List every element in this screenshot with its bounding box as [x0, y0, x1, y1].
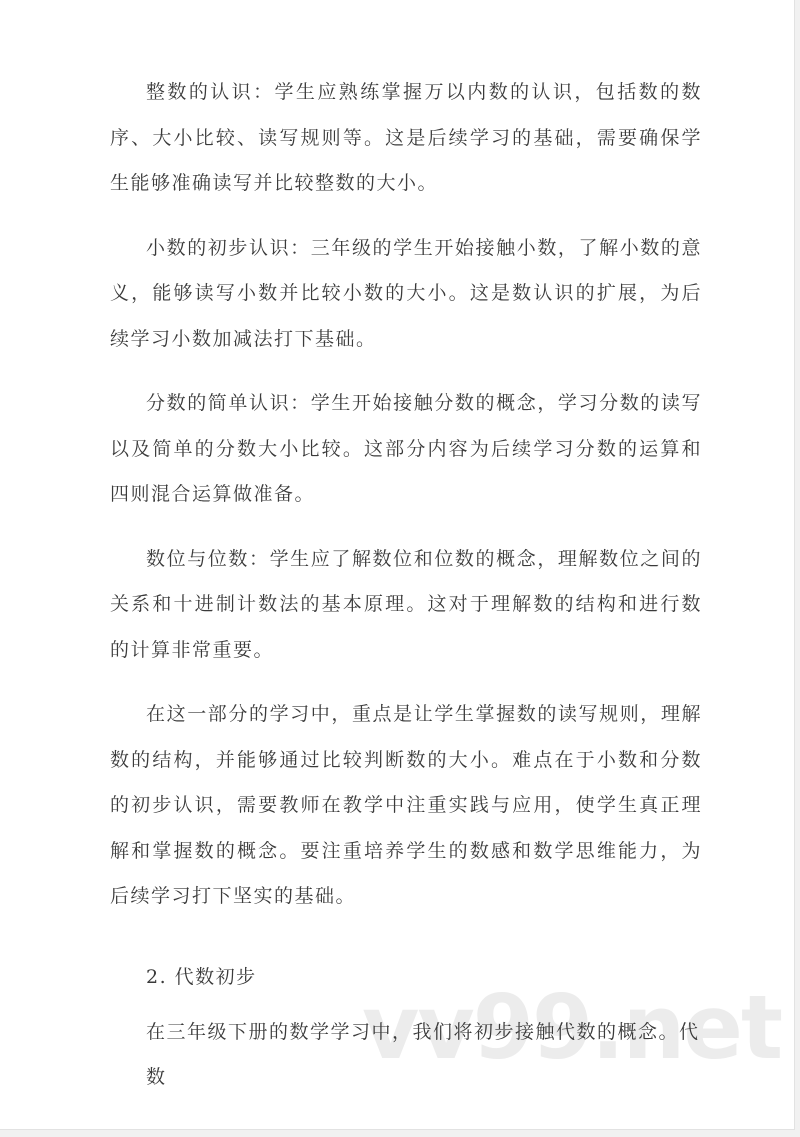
paragraph-summary: 在这一部分的学习中，重点是让学生掌握数的读写规则，理解数的结构，并能够通过比较判… — [110, 692, 702, 920]
document-body: 整数的认识：学生应熟练掌握万以内数的认识，包括数的数序、大小比较、读写规则等。这… — [110, 70, 702, 1100]
paragraph-place-value: 数位与位数：学生应了解数位和位数的概念，理解数位之间的关系和十进制计数法的基本原… — [110, 537, 702, 674]
document-page: vv99.net 整数的认识：学生应熟练掌握万以内数的认识，包括数的数序、大小比… — [0, 0, 795, 1130]
paragraph-fraction-recognition: 分数的简单认识：学生开始接触分数的概念，学习分数的读写以及简单的分数大小比较。这… — [110, 381, 702, 518]
paragraph-integer-recognition: 整数的认识：学生应熟练掌握万以内数的认识，包括数的数序、大小比较、读写规则等。这… — [110, 70, 702, 207]
section-heading: 2. 代数初步 — [146, 962, 702, 992]
section-intro-paragraph: 在三年级下册的数学学习中，我们将初步接触代数的概念。代数 — [146, 1010, 702, 1100]
paragraph-decimal-recognition: 小数的初步认识：三年级的学生开始接触小数，了解小数的意义，能够读写小数并比较小数… — [110, 226, 702, 363]
